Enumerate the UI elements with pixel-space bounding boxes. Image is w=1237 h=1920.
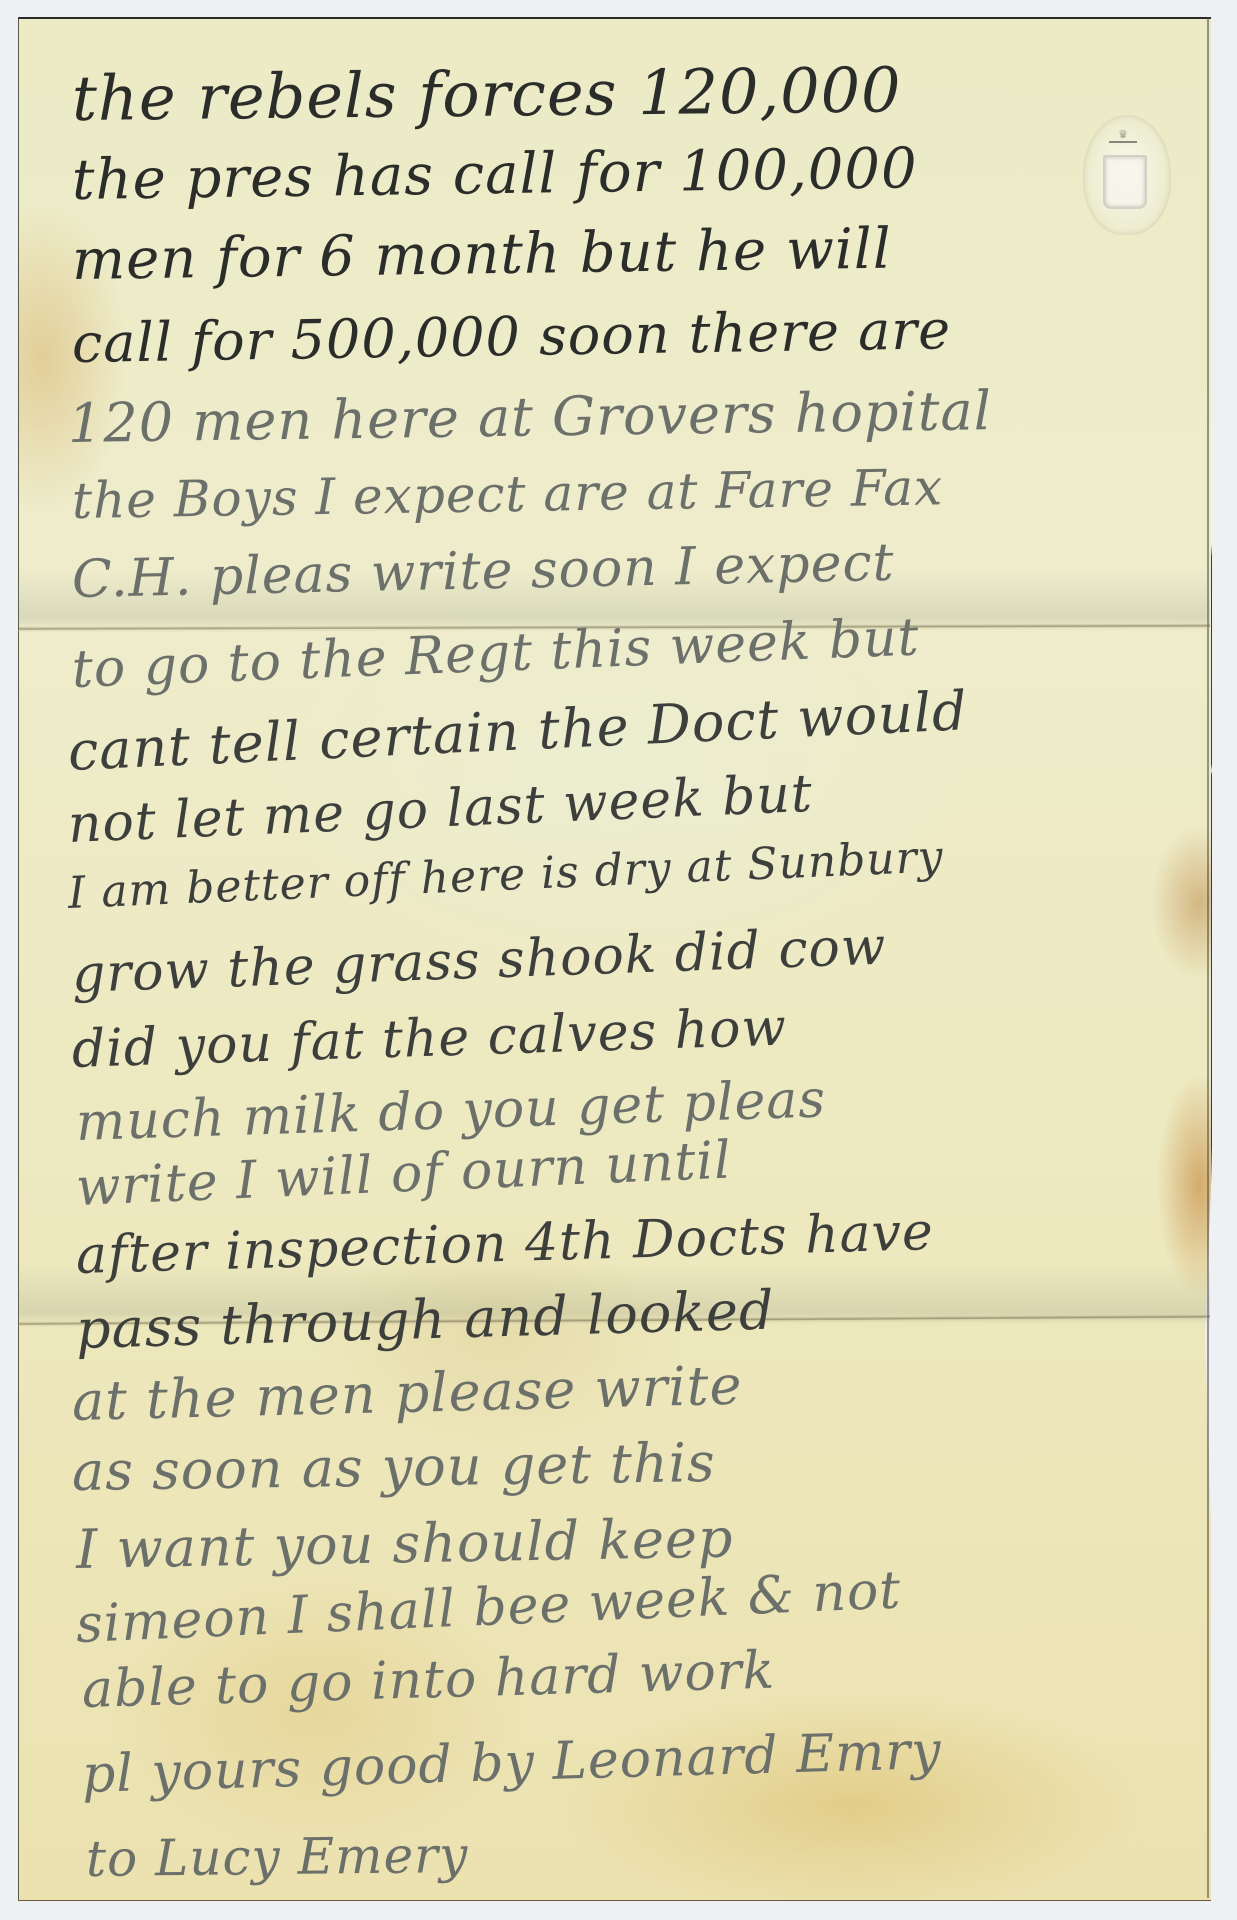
crown-icon: ♛ [1109, 131, 1137, 143]
letter-line: the rebels forces 120,000 [72, 53, 902, 135]
letter-scan: ♛ the rebels forces 120,000 the pres has… [0, 0, 1237, 1920]
letter-line: as soon as you get this [72, 1431, 716, 1503]
letter-line: men for 6 month but he will [72, 217, 893, 293]
shield-icon [1103, 155, 1147, 209]
embossed-seal-icon: ♛ [1083, 115, 1171, 235]
torn-right-edge [1207, 17, 1209, 1898]
letter-line: I want you should keep [75, 1507, 734, 1581]
letter-line: the pres has call for 100,000 [72, 136, 919, 213]
letter-signature: to Lucy Emery [86, 1826, 469, 1888]
letter-line: 120 men here at Grovers hopital [68, 379, 993, 455]
